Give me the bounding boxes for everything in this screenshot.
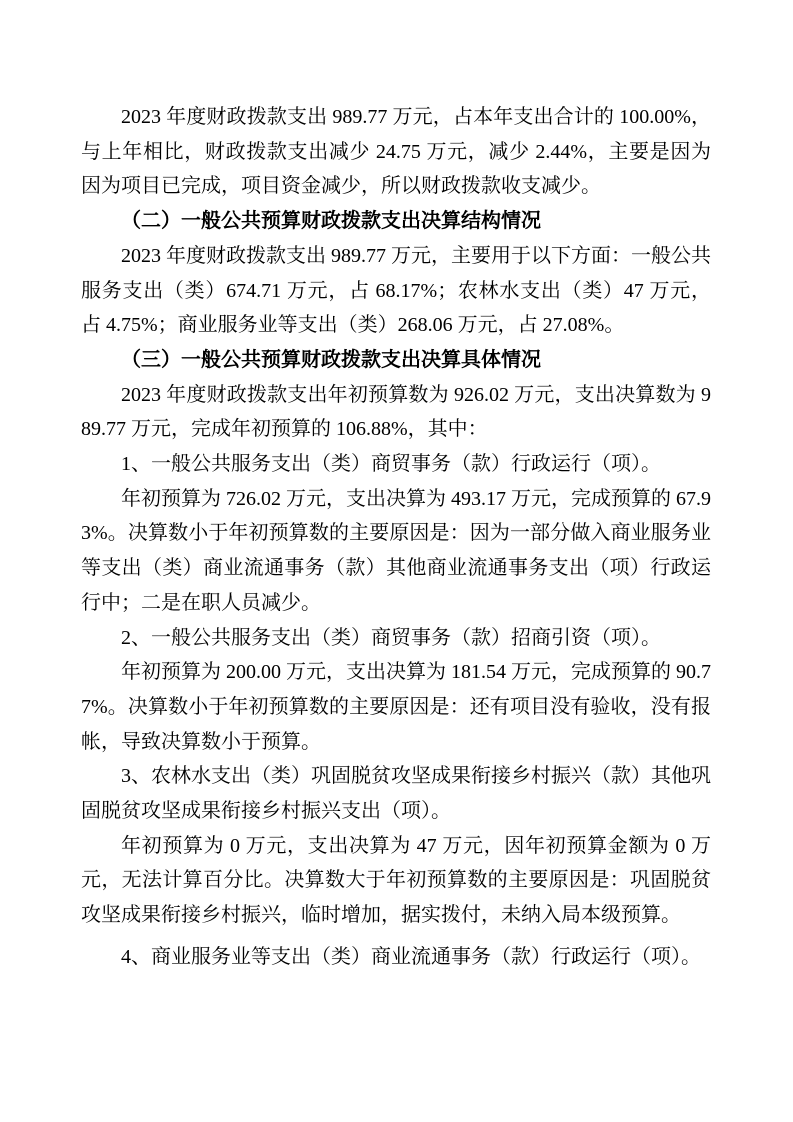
item-3-title: 3、农林水支出（类）巩固脱贫攻坚成果衔接乡村振兴（款）其他巩固脱贫攻坚成果衔接乡… xyxy=(81,759,711,828)
item-2-title: 2、一般公共服务支出（类）商贸事务（款）招商引资（项）。 xyxy=(81,621,711,656)
item-3-detail: 年初预算为 0 万元，支出决算为 47 万元，因年初预算金额为 0 万元，无法计… xyxy=(81,829,711,933)
heading-section-2-structure: （二）一般公共预算财政拨款支出决算结构情况 xyxy=(81,204,711,239)
para-budget-vs-final: 2023 年度财政拨款支出年初预算数为 926.02 万元，支出决算数为 989… xyxy=(81,378,711,447)
heading-section-3-details: （三）一般公共预算财政拨款支出决算具体情况 xyxy=(81,343,711,378)
para-overall-expenditure: 2023 年度财政拨款支出 989.77 万元，占本年支出合计的 100.00%… xyxy=(81,100,711,204)
item-4-title: 4、商业服务业等支出（类）商业流通事务（款）行政运行（项）。 xyxy=(81,940,711,975)
item-1-detail: 年初预算为 726.02 万元，支出决算为 493.17 万元，完成预算的 67… xyxy=(81,482,711,621)
item-1-title: 1、一般公共服务支出（类）商贸事务（款）行政运行（项）。 xyxy=(81,447,711,482)
para-expenditure-structure: 2023 年度财政拨款支出 989.77 万元，主要用于以下方面：一般公共服务支… xyxy=(81,239,711,343)
document-page: 2023 年度财政拨款支出 989.77 万元，占本年支出合计的 100.00%… xyxy=(0,0,793,1122)
item-2-detail: 年初预算为 200.00 万元，支出决算为 181.54 万元，完成预算的 90… xyxy=(81,655,711,759)
